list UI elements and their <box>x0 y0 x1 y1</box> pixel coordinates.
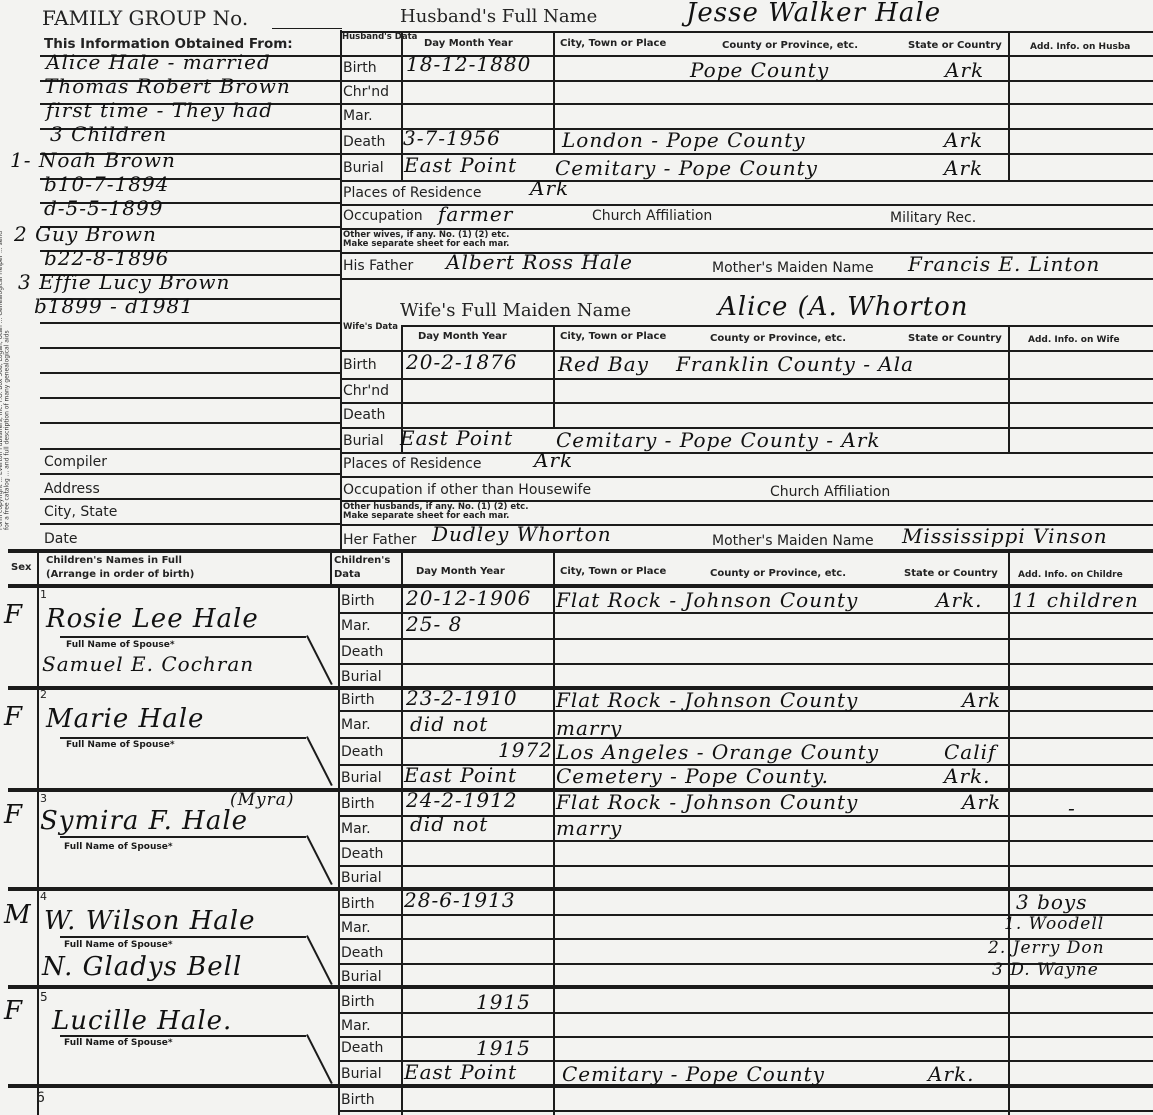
husband-full-name[interactable]: Jesse Walker Hale <box>686 0 941 28</box>
compiler-label: Compiler <box>44 454 107 470</box>
wife-col-date-header: Day Month Year <box>418 331 507 342</box>
her-mother-name[interactable]: Mississippi Vinson <box>902 524 1108 548</box>
husband-burial-place[interactable]: Cemitary - Pope County <box>555 156 818 180</box>
her-father-name[interactable]: Dudley Whorton <box>432 522 612 546</box>
wife-church-label: Church Affiliation <box>770 484 890 500</box>
child-birth-place: Flat Rock - Johnson County <box>556 688 858 712</box>
child-burial-state: Ark. <box>944 764 990 788</box>
husband-full-name-label: Husband's Full Name <box>400 6 597 27</box>
obtained-from-line: b10-7-1894 <box>44 172 169 196</box>
children-col-date-header: Day Month Year <box>416 566 505 577</box>
his-mother-label: Mother's Maiden Name <box>712 260 874 276</box>
child-add-info: 3 boys <box>1016 890 1088 914</box>
child-death-date: 1972 <box>498 738 553 762</box>
wife-birth-date[interactable]: 20-2-1876 <box>406 350 518 374</box>
husband-occupation-label: Occupation <box>343 208 423 224</box>
child-birth-date: 1915 <box>476 990 531 1014</box>
husband-birth-date[interactable]: 18-12-1880 <box>406 52 531 76</box>
wife-data-label: Wife's Data <box>343 323 398 332</box>
her-father-label: Her Father <box>343 532 416 548</box>
obtained-from-line: d-5-5-1899 <box>44 196 163 220</box>
wife-birth-label: Birth <box>343 357 377 373</box>
husband-death-state[interactable]: Ark <box>944 128 983 152</box>
child-sex: F <box>4 800 23 830</box>
publisher-imprint: Form copyright ... Everton Publishers, I… <box>0 230 38 530</box>
husband-birth-state[interactable]: Ark <box>945 58 984 82</box>
child-burial-cemetery: East Point <box>404 1060 517 1084</box>
event-label: Death <box>341 644 383 660</box>
sex-header: Sex <box>11 562 31 573</box>
other-husbands-note: Other husbands, if any. No. (1) (2) etc.… <box>343 503 528 521</box>
wife-add-info-header: Add. Info. on Wife <box>1028 335 1120 345</box>
child-nickname: (Myra) <box>230 790 295 810</box>
city-state-label: City, State <box>44 504 117 520</box>
wife-col-state-header: State or Country <box>908 333 1002 344</box>
col-county-header: County or Province, etc. <box>722 40 858 51</box>
his-father-name[interactable]: Albert Ross Hale <box>446 250 633 274</box>
event-label: Mar. <box>341 717 371 733</box>
event-label: Birth <box>341 896 375 912</box>
event-label: Birth <box>341 1092 375 1108</box>
child-marriage-note: did not <box>410 812 488 836</box>
child-death-place: Los Angeles - Orange County <box>556 740 879 764</box>
child-death-state: Calif <box>944 740 996 764</box>
child-burial-cemetery: East Point <box>404 763 517 787</box>
family-group-number-field[interactable] <box>272 28 342 29</box>
event-label: Burial <box>341 870 382 886</box>
wife-burial-label: Burial <box>343 433 384 449</box>
child-number: 4 <box>40 890 47 903</box>
husband-marriage-label: Mar. <box>343 108 373 124</box>
child-name: Rosie Lee Hale <box>46 604 259 634</box>
spouse-label: Full Name of Spouse* <box>64 1038 173 1048</box>
children-col-county-header: County or Province, etc. <box>710 568 846 579</box>
child-birth-state: Ark. <box>936 588 982 612</box>
wife-birth-city[interactable]: Red Bay <box>558 352 649 376</box>
husband-residence[interactable]: Ark <box>530 176 569 200</box>
child-add-info: - <box>1068 796 1076 820</box>
child-marriage-note: did not <box>410 712 488 736</box>
child-add-info: 2. Jerry Don <box>988 938 1105 958</box>
her-mother-label: Mother's Maiden Name <box>712 533 874 549</box>
wife-birth-county[interactable]: Franklin County - Ala <box>676 352 914 376</box>
husband-church-label: Church Affiliation <box>592 208 712 224</box>
wife-full-name-label: Wife's Full Maiden Name <box>400 300 631 321</box>
child-spouse: N. Gladys Bell <box>42 952 242 982</box>
husband-death-place[interactable]: London - Pope County <box>562 128 806 152</box>
wife-death-label: Death <box>343 407 385 423</box>
event-label: Burial <box>341 1066 382 1082</box>
obtained-from-line: Alice Hale - married <box>46 50 271 74</box>
husband-burial-state[interactable]: Ark <box>944 156 983 180</box>
obtained-from-line: 3 Children <box>50 122 167 146</box>
child-number: 1 <box>40 588 47 601</box>
child-sex: F <box>4 702 23 732</box>
children-col-state-header: State or Country <box>904 568 998 579</box>
wife-col-county-header: County or Province, etc. <box>710 333 846 344</box>
event-label: Mar. <box>341 821 371 837</box>
children-col-city-header: City, Town or Place <box>560 566 666 577</box>
wife-occupation-label: Occupation if other than Housewife <box>343 482 591 498</box>
event-label: Burial <box>341 669 382 685</box>
child-name: W. Wilson Hale <box>44 906 256 936</box>
his-father-label: His Father <box>343 258 413 274</box>
child-marriage-date: 25- 8 <box>406 612 462 636</box>
child-sex: M <box>4 900 32 930</box>
children-data-subheader: Data <box>334 569 361 580</box>
child-name: Lucille Hale. <box>52 1006 232 1036</box>
child-number: 2 <box>40 688 47 701</box>
obtained-from-line: Thomas Robert Brown <box>44 74 291 98</box>
child-birth-date: 24-2-1912 <box>406 788 518 812</box>
spouse-label: Full Name of Spouse* <box>66 640 175 650</box>
col-state-header: State or Country <box>908 40 1002 51</box>
children-names-subheader: (Arrange in order of birth) <box>46 569 194 580</box>
col-city-header: City, Town or Place <box>560 38 666 49</box>
husband-birth-label: Birth <box>343 60 377 76</box>
husband-burial-label: Burial <box>343 160 384 176</box>
wife-full-name[interactable]: Alice (A. Whorton <box>718 292 968 322</box>
child-birth-date: 20-12-1906 <box>406 586 531 610</box>
child-marriage-note-cont: marry <box>556 716 622 740</box>
event-label: Death <box>341 846 383 862</box>
child-death-date: 1915 <box>476 1036 531 1060</box>
children-data-header: Children's <box>334 555 390 566</box>
child-name: Marie Hale <box>46 704 204 734</box>
husband-christened-label: Chr'nd <box>343 84 389 100</box>
husband-military-label: Military Rec. <box>890 210 976 226</box>
obtained-from-line: b1899 - d1981 <box>34 294 194 318</box>
event-label: Birth <box>341 994 375 1010</box>
obtained-from-line: 3 Effie Lucy Brown <box>18 270 230 294</box>
husband-death-label: Death <box>343 134 385 150</box>
wife-burial-place[interactable]: Cemitary - Pope County - Ark <box>556 428 881 452</box>
child-number: 3 <box>40 792 47 805</box>
event-label: Death <box>341 1040 383 1056</box>
child-marriage-note-cont: marry <box>556 816 622 840</box>
child-birth-date: 28-6-1913 <box>404 888 516 912</box>
child-birth-state: Ark <box>962 790 1001 814</box>
spouse-label: Full Name of Spouse* <box>66 740 175 750</box>
address-label: Address <box>44 481 100 497</box>
date-label: Date <box>44 531 77 547</box>
spouse-label: Full Name of Spouse* <box>64 842 173 852</box>
wife-residence-label: Places of Residence <box>343 456 482 472</box>
children-names-header: Children's Names in Full <box>46 555 182 566</box>
spouse-label: Full Name of Spouse* <box>64 940 173 950</box>
event-label: Mar. <box>341 618 371 634</box>
wife-col-city-header: City, Town or Place <box>560 331 666 342</box>
child-burial-state: Ark. <box>928 1062 974 1086</box>
obtained-from-line: 1- Noah Brown <box>10 148 176 172</box>
child-name: Symira F. Hale <box>40 806 248 836</box>
child-spouse: Samuel E. Cochran <box>42 652 254 676</box>
child-burial-place: Cemitary - Pope County <box>562 1062 825 1086</box>
child-number: 6 <box>36 1090 45 1106</box>
col-date-header: Day Month Year <box>424 38 513 49</box>
husband-burial-cemetery[interactable]: East Point <box>404 153 517 177</box>
husband-death-date[interactable]: 3-7-1956 <box>403 126 501 150</box>
husband-residence-label: Places of Residence <box>343 185 482 201</box>
husband-data-label: Husband's Data <box>342 33 417 42</box>
event-label: Mar. <box>341 920 371 936</box>
child-sex: F <box>4 600 23 630</box>
husband-birth-county[interactable]: Pope County <box>690 58 829 82</box>
children-add-info-header: Add. Info. on Childre <box>1018 570 1123 580</box>
event-label: Birth <box>341 692 375 708</box>
child-birth-place: Flat Rock - Johnson County <box>556 790 858 814</box>
child-add-info: 1. Woodell <box>1004 914 1104 934</box>
child-burial-place: Cemetery - Pope County. <box>556 764 829 788</box>
child-number: 5 <box>40 990 48 1004</box>
event-label: Birth <box>341 796 375 812</box>
obtained-from-line: first time - They had <box>46 98 273 122</box>
event-label: Death <box>341 945 383 961</box>
child-add-info: 11 children <box>1012 588 1139 612</box>
wife-christened-label: Chr'nd <box>343 383 389 399</box>
event-label: Burial <box>341 770 382 786</box>
child-sex: F <box>4 996 23 1026</box>
event-label: Death <box>341 744 383 760</box>
event-label: Mar. <box>341 1018 371 1034</box>
other-wives-note: Other wives, if any. No. (1) (2) etc.Mak… <box>343 231 509 249</box>
event-label: Burial <box>341 969 382 985</box>
child-birth-state: Ark <box>962 688 1001 712</box>
his-mother-name[interactable]: Francis E. Linton <box>908 252 1100 276</box>
husband-add-info-header: Add. Info. on Husba <box>1030 42 1130 52</box>
child-birth-place: Flat Rock - Johnson County <box>556 588 858 612</box>
child-add-info: 3 D. Wayne <box>992 960 1099 980</box>
obtained-from-line: b22-8-1896 <box>44 246 169 270</box>
event-label: Birth <box>341 593 375 609</box>
husband-occupation[interactable]: farmer <box>438 202 513 226</box>
form-title: FAMILY GROUP No. <box>42 6 248 30</box>
wife-residence[interactable]: Ark <box>534 448 573 472</box>
wife-burial-cemetery[interactable]: East Point <box>400 426 513 450</box>
child-birth-date: 23-2-1910 <box>406 686 518 710</box>
